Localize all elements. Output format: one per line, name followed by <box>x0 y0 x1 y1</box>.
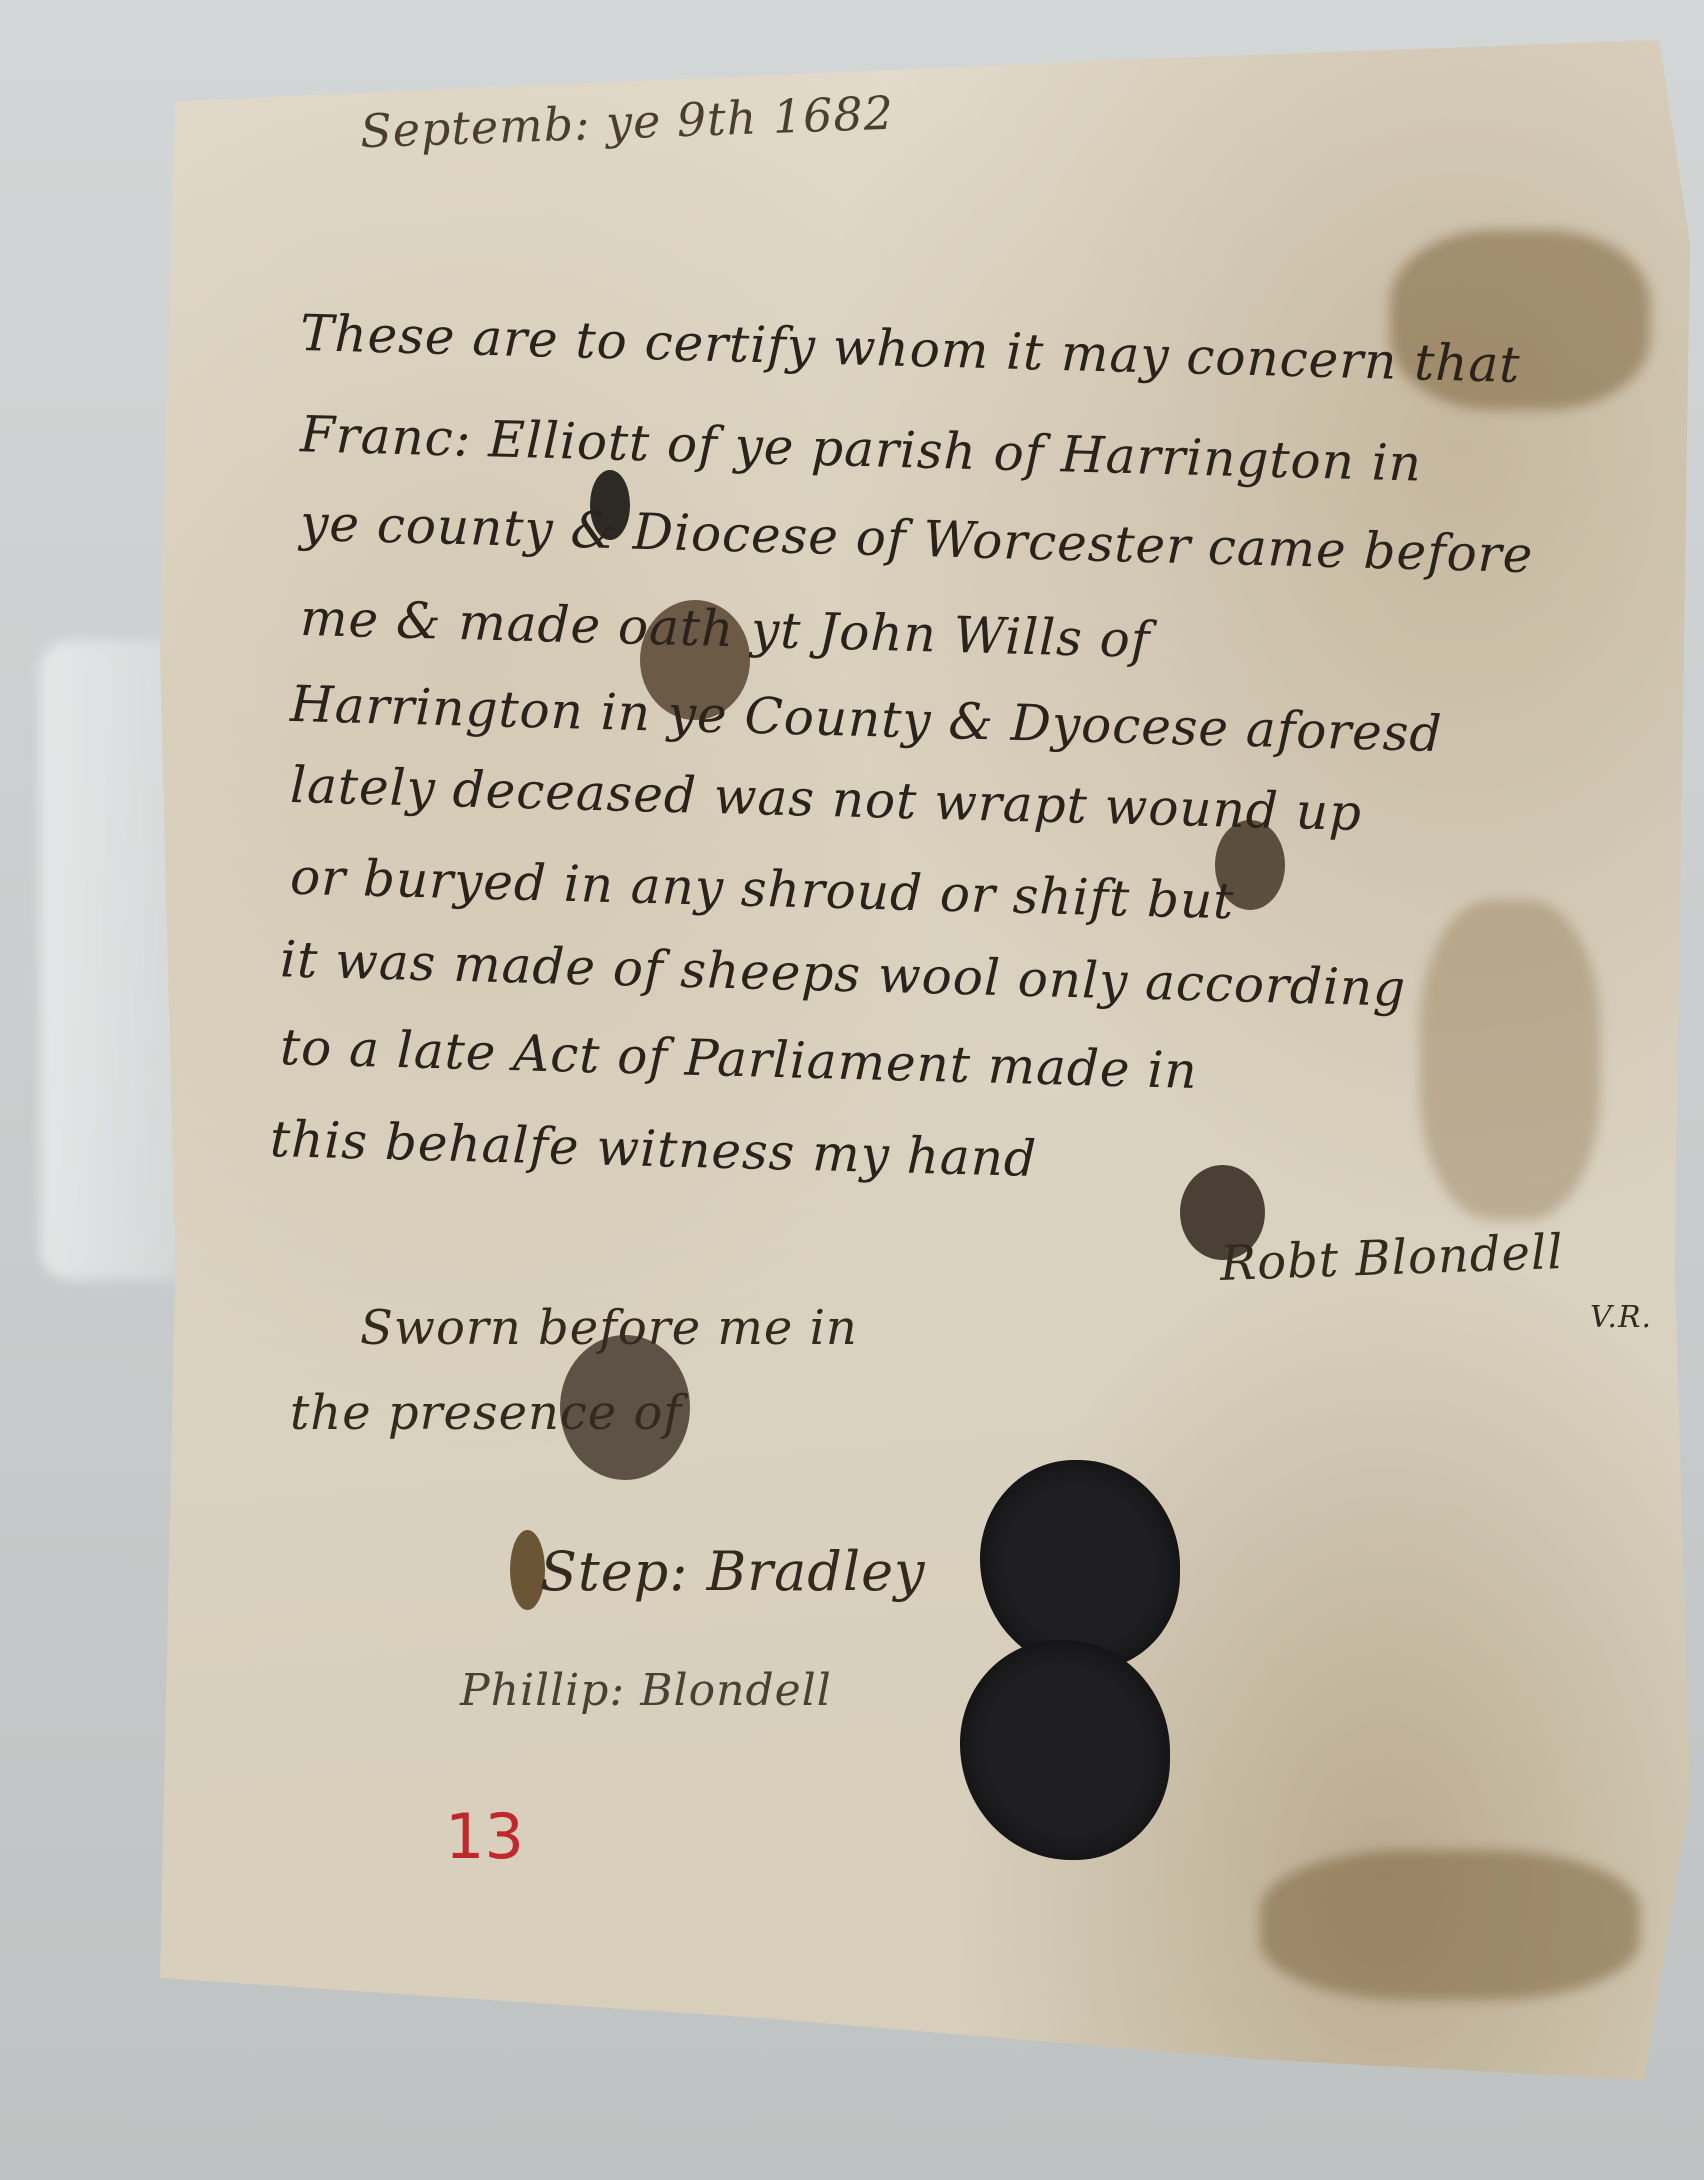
water-stain <box>1420 900 1600 1220</box>
signature-blondell: Robt Blondell <box>1219 1224 1564 1292</box>
signature-suffix: V.R. <box>1590 1300 1652 1335</box>
water-stain <box>1260 1850 1640 2000</box>
archive-number: 13 <box>445 1800 524 1873</box>
witness-signature: Step: Bradley <box>540 1540 926 1603</box>
attestation-line: the presence of <box>290 1385 682 1441</box>
witness-signature: Phillip: Blondell <box>460 1665 832 1716</box>
attestation-line: Sworn before me in <box>360 1300 858 1356</box>
